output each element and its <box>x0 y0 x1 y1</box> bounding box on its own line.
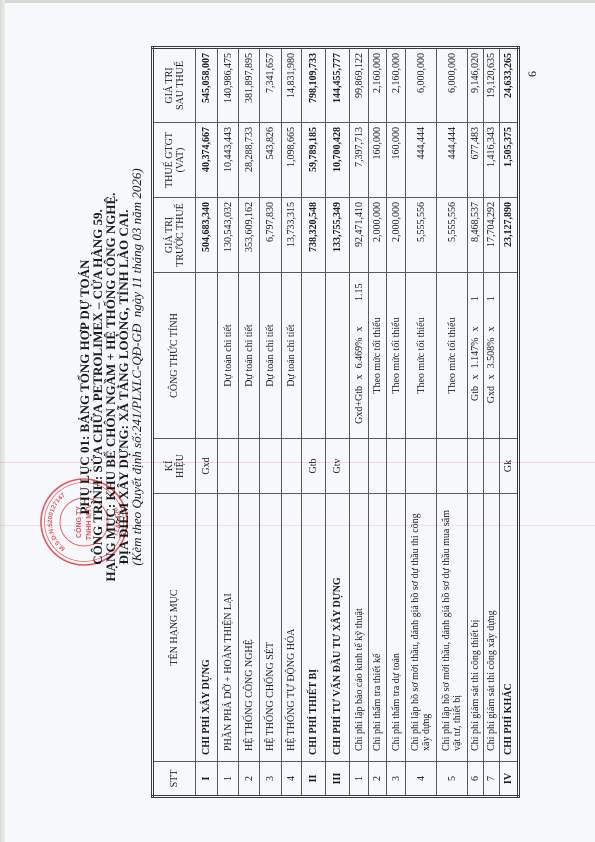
formula-cell: Theo mức tối thiểu <box>437 273 468 439</box>
pre-tax-value: 8,468,537 <box>468 198 484 273</box>
vat-value: 1,505,375 <box>500 123 519 198</box>
table-row: 1PHẦN PHÁ DỠ + HOÀN THIỆN LẠIDự toán chi… <box>218 48 239 797</box>
formula-cell: Dự toán chi tiết <box>239 273 260 439</box>
header-post-tax: GIÁ TRỊ SAU THUẾ <box>153 48 196 123</box>
formula-expression: Gxd+Gtbx6.469%x1.15 <box>354 273 365 438</box>
header-pre-tax: GIÁ TRỊ TRƯỚC THUẾ <box>153 198 196 273</box>
stt-cell: I <box>196 762 218 797</box>
formula-cell: Dự toán chi tiết <box>218 273 239 439</box>
table-row: 3HỆ THỐNG CHỐNG SÉTDự toán chi tiết6,797… <box>260 48 282 797</box>
post-tax-value: 798,109,733 <box>302 48 326 123</box>
stt-cell: II <box>302 762 326 797</box>
post-tax-value: 545,058,007 <box>196 48 218 123</box>
formula-rate: 1.147% <box>470 336 481 370</box>
decision-reference: (Kèm theo Quyết định số:241/PLXLC-QĐ-GĐ … <box>130 37 143 697</box>
pre-tax-value: 5,555,556 <box>437 198 468 273</box>
multiply-sign: x <box>470 322 481 336</box>
item-name-cell: CHI PHÍ XÂY DỰNG <box>196 494 218 762</box>
multiply-sign: x <box>354 322 365 336</box>
formula-cell: Dự toán chi tiết <box>282 273 302 439</box>
section-row: IVCHI PHÍ KHÁCGk23,127,8901,505,37524,63… <box>500 48 519 797</box>
formula-cell: Gtbx1.147%x1 <box>468 273 484 439</box>
post-tax-value: 24,633,265 <box>500 48 519 123</box>
svg-text:T.LÀO CAI: T.LÀO CAI <box>112 506 122 538</box>
formula-cell: Theo mức tối thiểu <box>387 273 406 439</box>
document-title-block: PHỤ LỤC 01: BẢNG TỔNG HỢP DỰ TOÁN CÔNG T… <box>78 57 143 717</box>
vat-value: 677,483 <box>468 123 484 198</box>
multiply-sign: x <box>470 370 481 384</box>
vat-value: 40,374,667 <box>196 123 218 198</box>
pre-tax-value: 6,797,830 <box>260 198 282 273</box>
multiply-sign: x <box>354 370 365 384</box>
table-header-row: STT TÊN HẠNG MỤC KÍ HIỆU CÔNG THỨC TÍNH … <box>153 48 196 797</box>
stt-cell: 2 <box>239 762 260 797</box>
stt-cell: 7 <box>484 762 500 797</box>
vat-value: 10,700,428 <box>326 123 350 198</box>
formula-cell <box>326 273 350 439</box>
section-row: IICHI PHÍ THIẾT BỊGtb738,320,54859,789,1… <box>302 48 326 797</box>
stt-cell: III <box>326 762 350 797</box>
vat-value: 543,826 <box>260 123 282 198</box>
item-name-cell: CHI PHÍ KHÁC <box>500 494 519 762</box>
symbol-cell <box>369 439 387 494</box>
table-row: 5Chi phí lập hồ sơ mời thầu, đánh giá hồ… <box>437 48 468 797</box>
item-name-cell: Chi phí lập báo cáo kinh tế kỹ thuật <box>350 494 369 762</box>
symbol-cell <box>282 439 302 494</box>
post-tax-value: 381,897,895 <box>239 48 260 123</box>
table-row: 4HỆ THỐNG TỰ ĐỘNG HÓADự toán chi tiết13,… <box>282 48 302 797</box>
header-formula: CÔNG THỨC TÍNH <box>153 273 196 439</box>
item-name-cell: Chi phí giám sát thi công thiết bị <box>468 494 484 762</box>
post-tax-value: 140,986,475 <box>218 48 239 123</box>
post-tax-value: 19,120,635 <box>484 48 500 123</box>
formula-coefficient: 1 <box>486 273 497 322</box>
header-item-name: TÊN HẠNG MỤC <box>153 494 196 762</box>
section-row: ICHI PHÍ XÂY DỰNGGxd504,683,34040,374,66… <box>196 48 218 797</box>
pre-tax-value: 504,683,340 <box>196 198 218 273</box>
stamp-ring-bottom-text: T.LÀO CAI <box>112 506 122 538</box>
stt-cell: 1 <box>350 762 369 797</box>
vat-value: 28,288,733 <box>239 123 260 198</box>
formula-operand: Gxd <box>486 384 497 438</box>
post-tax-value: 99,869,122 <box>350 48 369 123</box>
symbol-cell <box>350 439 369 494</box>
stamp-inner-line-2: TNHH MTV <box>86 504 93 540</box>
formula-cell: Gxdx3.508%x1 <box>484 273 500 439</box>
table-row: 2HỆ THỐNG CÔNG NGHỆDự toán chi tiết353,6… <box>239 48 260 797</box>
svg-text:M.S.D.N:5200127147: M.S.D.N:5200127147 <box>47 492 67 552</box>
formula-operand: Gxd+Gtb <box>354 384 365 438</box>
pre-tax-value: 2,000,000 <box>387 198 406 273</box>
symbol-cell <box>387 439 406 494</box>
item-name-cell: Chi phí giám sát thi công xây dựng <box>484 494 500 762</box>
stamp-inner-line-1: CÔNG TY <box>74 506 83 538</box>
formula-coefficient: 1.15 <box>354 273 365 322</box>
formula-cell: Gxd+Gtbx6.469%x1.15 <box>350 273 369 439</box>
stt-cell: 6 <box>468 762 484 797</box>
item-name-cell: HỆ THỐNG TỰ ĐỘNG HÓA <box>282 494 302 762</box>
table-row: 6Chi phí giám sát thi công thiết bịGtbx1… <box>468 48 484 797</box>
symbol-cell <box>468 439 484 494</box>
stt-cell: 1 <box>218 762 239 797</box>
formula-cell: Dự toán chi tiết <box>260 273 282 439</box>
cost-estimate-table: STT TÊN HẠNG MỤC KÍ HIỆU CÔNG THỨC TÍNH … <box>151 46 520 798</box>
table-row: 7Chi phí giám sát thi công xây dựngGxdx3… <box>484 48 500 797</box>
vat-value: 10,443,443 <box>218 123 239 198</box>
pre-tax-value: 5,555,556 <box>406 198 437 273</box>
post-tax-value: 7,341,657 <box>260 48 282 123</box>
multiply-sign: x <box>486 370 497 384</box>
table-row: 2Chi phí thẩm tra thiết kếTheo mức tối t… <box>369 48 387 797</box>
symbol-cell: Gtb <box>302 439 326 494</box>
post-tax-value: 2,160,000 <box>369 48 387 123</box>
symbol-cell: Gk <box>500 439 519 494</box>
stt-cell: 4 <box>406 762 437 797</box>
vat-value: 1,416,343 <box>484 123 500 198</box>
pre-tax-value: 92,471,410 <box>350 198 369 273</box>
table-row: 1Chi phí lập báo cáo kinh tế kỹ thuậtGxd… <box>350 48 369 797</box>
vat-value: 160,000 <box>369 123 387 198</box>
symbol-cell <box>484 439 500 494</box>
pre-tax-value: 738,320,548 <box>302 198 326 273</box>
formula-rate: 3.508% <box>486 336 497 370</box>
formula-coefficient: 1 <box>470 273 481 322</box>
item-name-cell: PHẦN PHÁ DỠ + HOÀN THIỆN LẠI <box>218 494 239 762</box>
vat-value: 160,000 <box>387 123 406 198</box>
item-name-cell: HỆ THỐNG CHỐNG SÉT <box>260 494 282 762</box>
symbol-cell <box>239 439 260 494</box>
pre-tax-value: 17,704,292 <box>484 198 500 273</box>
stt-cell: 3 <box>387 762 406 797</box>
formula-cell: Theo mức tối thiểu <box>406 273 437 439</box>
pre-tax-value: 353,609,162 <box>239 198 260 273</box>
item-name-cell: Chi phí lập hồ sơ mời thầu, đánh giá hồ … <box>406 494 437 762</box>
formula-rate: 6.469% <box>354 336 365 370</box>
stt-cell: 2 <box>369 762 387 797</box>
post-tax-value: 6,000,000 <box>437 48 468 123</box>
item-name-cell: HỆ THỐNG CÔNG NGHỆ <box>239 494 260 762</box>
table-row: 3Chi phí thẩm tra dự toánTheo mức tối th… <box>387 48 406 797</box>
formula-cell <box>302 273 326 439</box>
page-number: 6 <box>526 71 538 77</box>
company-seal-stamp: M.S.D.N:5200127147 T.LÀO CAI CÔNG TY TNH… <box>39 477 129 567</box>
post-tax-value: 9,146,020 <box>468 48 484 123</box>
symbol-cell: Gtv <box>326 439 350 494</box>
vat-value: 444,444 <box>406 123 437 198</box>
pre-tax-value: 130,543,032 <box>218 198 239 273</box>
post-tax-value: 6,000,000 <box>406 48 437 123</box>
formula-expression: Gtbx1.147%x1 <box>470 273 481 438</box>
formula-cell <box>196 273 218 439</box>
vat-value: 59,789,185 <box>302 123 326 198</box>
pre-tax-value: 133,755,349 <box>326 198 350 273</box>
formula-operand: Gtb <box>470 384 481 438</box>
section-row: IIICHI PHÍ TƯ VẤN ĐẦU TƯ XÂY DỰNGGtv133,… <box>326 48 350 797</box>
formula-expression: Gxdx3.508%x1 <box>486 273 497 438</box>
item-name-cell: Chi phí lập hồ sơ mời thầu, đánh giá hồ … <box>437 494 468 762</box>
stamp-ring-top-text: M.S.D.N:5200127147 <box>47 492 67 552</box>
multiply-sign: x <box>486 322 497 336</box>
vat-value: 1,098,665 <box>282 123 302 198</box>
stt-cell: 4 <box>282 762 302 797</box>
pre-tax-value: 2,000,000 <box>369 198 387 273</box>
header-stt: STT <box>153 762 196 797</box>
symbol-cell: Gxd <box>196 439 218 494</box>
post-tax-value: 144,455,777 <box>326 48 350 123</box>
header-vat: THUẾ GTGT (VAT) <box>153 123 196 198</box>
stt-cell: 3 <box>260 762 282 797</box>
item-name-cell: CHI PHÍ THIẾT BỊ <box>302 494 326 762</box>
post-tax-value: 2,160,000 <box>387 48 406 123</box>
pre-tax-value: 13,733,315 <box>282 198 302 273</box>
symbol-cell <box>260 439 282 494</box>
stt-cell: IV <box>500 762 519 797</box>
stt-cell: 5 <box>437 762 468 797</box>
item-name-cell: Chi phí thẩm tra dự toán <box>387 494 406 762</box>
symbol-cell <box>406 439 437 494</box>
rotated-document: PHỤ LỤC 01: BẢNG TỔNG HỢP DỰ TOÁN CÔNG T… <box>0 0 595 842</box>
vat-value: 444,444 <box>437 123 468 198</box>
formula-cell <box>500 273 519 439</box>
post-tax-value: 14,831,980 <box>282 48 302 123</box>
vat-value: 7,397,713 <box>350 123 369 198</box>
item-name-cell: Chi phí thẩm tra thiết kế <box>369 494 387 762</box>
formula-cell: Theo mức tối thiểu <box>369 273 387 439</box>
header-symbol: KÍ HIỆU <box>153 439 196 494</box>
scanned-page: PHỤ LỤC 01: BẢNG TỔNG HỢP DỰ TOÁN CÔNG T… <box>0 0 595 842</box>
item-name-cell: CHI PHÍ TƯ VẤN ĐẦU TƯ XÂY DỰNG <box>326 494 350 762</box>
symbol-cell <box>437 439 468 494</box>
table-body: ICHI PHÍ XÂY DỰNGGxd504,683,34040,374,66… <box>196 48 519 797</box>
table-row: 4Chi phí lập hồ sơ mời thầu, đánh giá hồ… <box>406 48 437 797</box>
pre-tax-value: 23,127,890 <box>500 198 519 273</box>
symbol-cell <box>218 439 239 494</box>
